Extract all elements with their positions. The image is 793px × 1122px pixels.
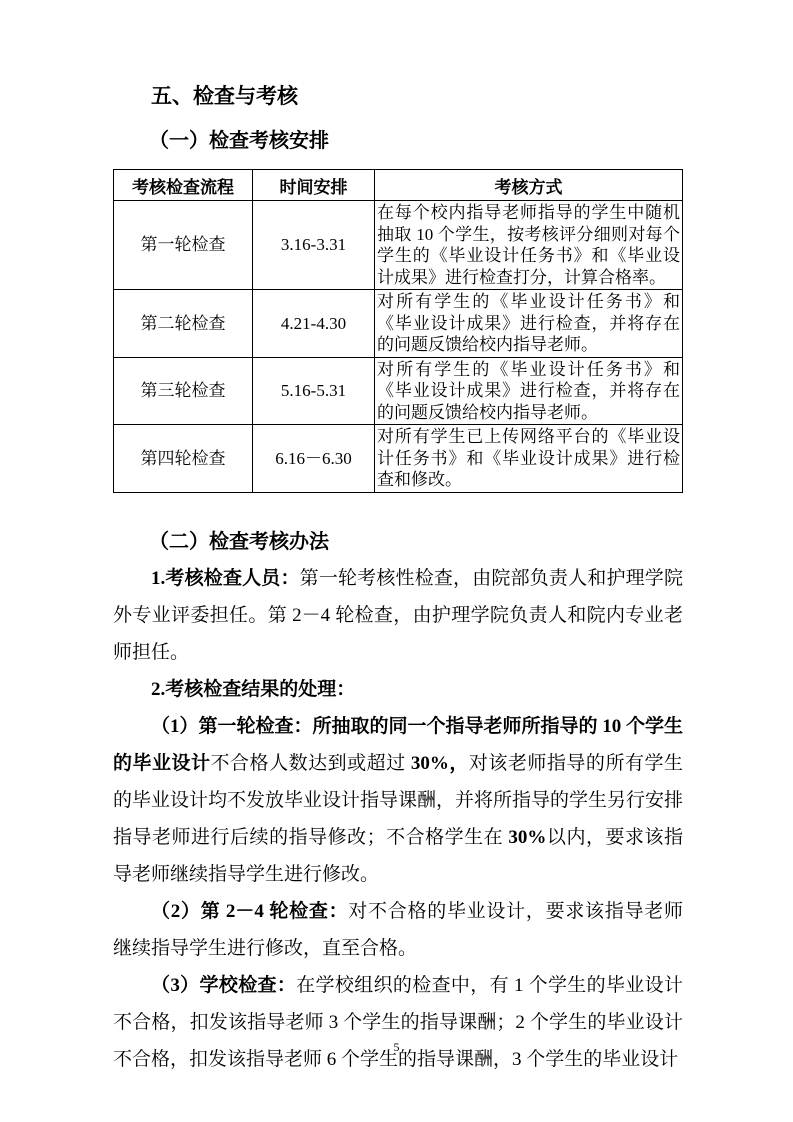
cell-process: 第三轮检查 — [114, 357, 253, 425]
table-row: 第一轮检查3.16-3.31在每个校内指导老师指导的学生中随机抽取 10 个学生… — [114, 201, 683, 290]
cell-time: 4.21-4.30 — [253, 290, 375, 358]
table-header-cell-2: 考核方式 — [375, 170, 683, 201]
table-header-cell-0: 考核检查流程 — [114, 170, 253, 201]
table-body: 第一轮检查3.16-3.31在每个校内指导老师指导的学生中随机抽取 10 个学生… — [114, 201, 683, 493]
bold-text-run: （2）第 2－4 轮检查： — [151, 901, 348, 922]
bold-text-run: 30% — [508, 827, 546, 848]
subsection-1-heading: （一）检查考核安排 — [113, 128, 683, 154]
paragraph: 1.考核检查人员：第一轮考核性检查，由院部负责人和护理学院外专业评委担任。第 2… — [113, 560, 683, 671]
cell-process: 第二轮检查 — [114, 290, 253, 358]
page-content: 五、检查与考核 （一）检查考核安排 考核检查流程时间安排考核方式 第一轮检查3.… — [113, 0, 683, 1078]
table-header-cell-1: 时间安排 — [253, 170, 375, 201]
body-paragraphs: 1.考核检查人员：第一轮考核性检查，由院部负责人和护理学院外专业评委担任。第 2… — [113, 560, 683, 1078]
text-run: 不合格人数达到或超过 — [211, 753, 411, 774]
page-number: 5 — [0, 1040, 793, 1055]
table-row: 第三轮检查5.16-5.31对所有学生的《毕业设计任务书》和《毕业设计成果》进行… — [114, 357, 683, 425]
bold-text-run: （3）学校检查： — [151, 975, 296, 996]
subsection-2-heading: （二）检查考核办法 — [113, 529, 683, 555]
document-page: 五、检查与考核 （一）检查考核安排 考核检查流程时间安排考核方式 第一轮检查3.… — [0, 0, 793, 1122]
cell-time: 6.16－6.30 — [253, 425, 375, 493]
paragraph: （1）第一轮检查：所抽取的同一个指导老师所指导的 10 个学生的毕业设计不合格人… — [113, 708, 683, 893]
table-row: 第四轮检查6.16－6.30对所有学生已上传网络平台的《毕业设计任务书》和《毕业… — [114, 425, 683, 493]
bold-text-run: 30%， — [411, 753, 469, 774]
cell-process: 第四轮检查 — [114, 425, 253, 493]
cell-method: 对所有学生的《毕业设计任务书》和《毕业设计成果》进行检查，并将存在的问题反馈给校… — [375, 357, 683, 425]
bold-text-run: 2.考核检查结果的处理： — [151, 679, 355, 700]
cell-method: 在每个校内指导老师指导的学生中随机抽取 10 个学生，按考核评分细则对每个学生的… — [375, 201, 683, 290]
cell-time: 3.16-3.31 — [253, 201, 375, 290]
table-header-row: 考核检查流程时间安排考核方式 — [114, 170, 683, 201]
paragraph: （3）学校检查：在学校组织的检查中，有 1 个学生的毕业设计不合格，扣发该指导老… — [113, 967, 683, 1078]
section-heading: 五、检查与考核 — [113, 83, 683, 109]
cell-process: 第一轮检查 — [114, 201, 253, 290]
cell-method: 对所有学生已上传网络平台的《毕业设计任务书》和《毕业设计成果》进行检查和修改。 — [375, 425, 683, 493]
paragraph: （2）第 2－4 轮检查：对不合格的毕业设计，要求该指导老师继续指导学生进行修改… — [113, 893, 683, 967]
cell-method: 对所有学生的《毕业设计任务书》和《毕业设计成果》进行检查，并将存在的问题反馈给校… — [375, 290, 683, 358]
cell-time: 5.16-5.31 — [253, 357, 375, 425]
assessment-schedule-table: 考核检查流程时间安排考核方式 第一轮检查3.16-3.31在每个校内指导老师指导… — [113, 169, 683, 493]
paragraph: 2.考核检查结果的处理： — [113, 671, 683, 708]
bold-text-run: 1.考核检查人员： — [151, 568, 300, 589]
table-row: 第二轮检查4.21-4.30对所有学生的《毕业设计任务书》和《毕业设计成果》进行… — [114, 290, 683, 358]
